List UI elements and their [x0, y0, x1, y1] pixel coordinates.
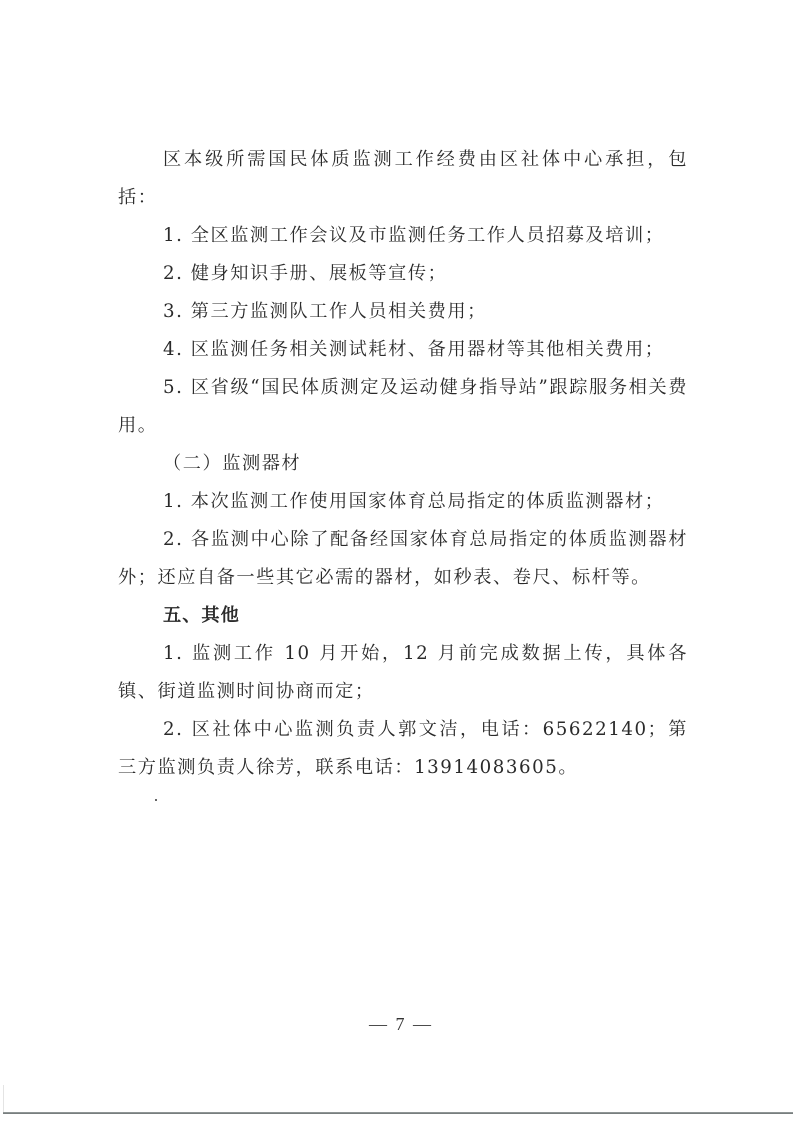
paragraph-funding-intro: 区本级所需国民体质监测工作经费由区社体中心承担，包括：	[118, 141, 688, 217]
page-number: — 7 —	[369, 1014, 433, 1035]
list-item-funding-2: 2. 健身知识手册、展板等宣传；	[118, 255, 688, 293]
document-body: 区本级所需国民体质监测工作经费由区社体中心承担，包括： 1. 全区监测工作会议及…	[118, 141, 688, 787]
section-heading-other: 五、其他	[118, 597, 688, 635]
subsection-heading-equipment: （二）监测器材	[118, 445, 688, 483]
list-item-funding-5: 5. 区省级“国民体质测定及运动健身指导站”跟踪服务相关费用。	[118, 369, 688, 445]
list-item-funding-1: 1. 全区监测工作会议及市监测任务工作人员招募及培训；	[118, 217, 688, 255]
list-item-equipment-2: 2. 各监测中心除了配备经国家体育总局指定的体质监测器材外；还应自备一些其它必需…	[118, 521, 688, 597]
page-edge-shadow	[3, 1085, 4, 1113]
list-item-other-1: 1. 监测工作 10 月开始，12 月前完成数据上传，具体各镇、街道监测时间协商…	[118, 635, 688, 711]
page-bottom-edge	[3, 1112, 793, 1114]
scan-speck	[155, 799, 157, 801]
list-item-other-2: 2. 区社体中心监测负责人郭文洁，电话：65622140；第三方监测负责人徐芳，…	[118, 711, 688, 787]
list-item-equipment-1: 1. 本次监测工作使用国家体育总局指定的体质监测器材；	[118, 483, 688, 521]
document-page: 区本级所需国民体质监测工作经费由区社体中心承担，包括： 1. 全区监测工作会议及…	[0, 0, 793, 1122]
list-item-funding-3: 3. 第三方监测队工作人员相关费用；	[118, 293, 688, 331]
list-item-funding-4: 4. 区监测任务相关测试耗材、备用器材等其他相关费用；	[118, 331, 688, 369]
